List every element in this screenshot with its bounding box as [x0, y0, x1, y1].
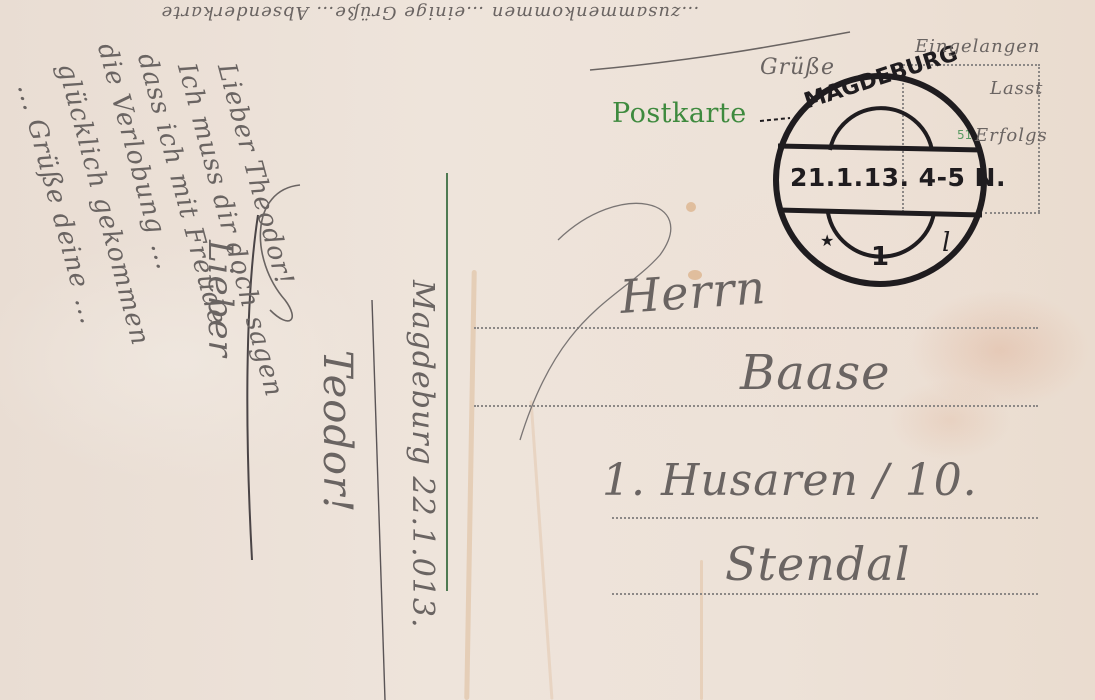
postmark-date: 21.1.13. 4-5 N.	[790, 163, 1006, 192]
postmark-star-icon: ★	[820, 231, 834, 250]
stamp-area-note-3: Erfolgs	[975, 125, 1048, 146]
place-date: Magdeburg 22.1.013.	[405, 280, 440, 629]
postcard: Postkarte 51 MAGDEBURG 21.1.13. 4-5 N. ★…	[0, 0, 1095, 700]
stamp-area-note-2: Lasst	[990, 78, 1043, 99]
postmark-letter: l	[942, 228, 950, 258]
signature-name: Teodor!	[314, 350, 360, 513]
address-city: Stendal	[725, 537, 910, 591]
top-margin-note: …zusammenkommen …einige Grüße… Absenderk…	[15, 2, 845, 23]
stamp-area-note-top: Grüße	[760, 55, 835, 80]
postmark-office-number: 1	[871, 242, 889, 272]
address-recipient-title: Herrn	[618, 260, 767, 324]
address-recipient-name: Baase	[740, 345, 891, 401]
address-unit: 1. Husaren / 10.	[602, 455, 978, 506]
stamp-area-note-1: Eingelangen	[915, 36, 1041, 57]
